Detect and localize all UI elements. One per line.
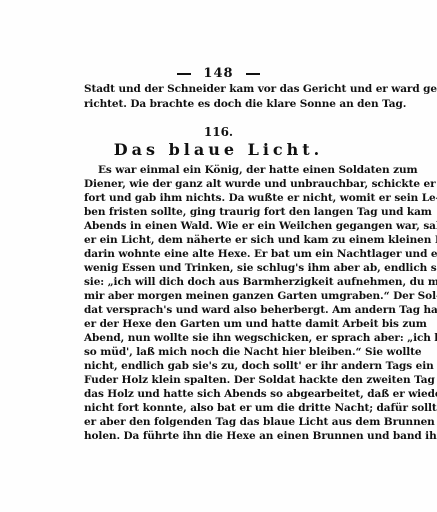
text-line: darin wohnte eine alte Hexe. Er bat um e… <box>84 247 384 262</box>
text-line: mir aber morgen meinen ganzen Garten umg… <box>84 289 384 304</box>
text-line: nicht, endlich gab sie's zu, doch sollt'… <box>84 359 384 374</box>
text-line: sie: „ich will dich doch aus Barmherzigk… <box>84 275 384 290</box>
text-line: Fuder Holz klein spalten. Der Soldat hac… <box>84 373 384 388</box>
text-line: holen. Da führte ihn die Hexe an einen B… <box>84 429 384 444</box>
text-line: nicht fort konnte, also bat er um die dr… <box>84 401 384 416</box>
text-line: wenig Essen und Trinken, sie schlug's ih… <box>84 261 384 276</box>
text-line: dat versprach's und ward also beherbergt… <box>84 303 384 318</box>
text-line: Abend, nun wollte sie ihn wegschicken, e… <box>84 331 384 346</box>
page-number-text: 148 <box>203 66 233 81</box>
text-line: fort und gab ihm nichts. Da wußte er nic… <box>84 191 384 206</box>
dash-left <box>177 73 191 75</box>
page-number: 148 <box>0 66 437 81</box>
story-number: 116. <box>0 125 437 139</box>
text-line: das Holz und hatte sich Abends so abgear… <box>84 387 384 402</box>
carryover-line: Stadt und der Schneider kam vor das Geri… <box>84 82 384 97</box>
text-line: ben fristen sollte, ging traurig fort de… <box>84 205 384 220</box>
dash-right <box>246 73 260 75</box>
text-line: Diener, wie der ganz alt wurde und unbra… <box>84 177 384 192</box>
text-line: so müd', laß mich noch die Nacht hier bl… <box>84 345 384 360</box>
text-line: er aber den folgenden Tag das blaue Lich… <box>84 415 384 430</box>
text-line: Abends in einen Wald. Wie er ein Weilche… <box>84 219 384 234</box>
scanned-page: 148 Stadt und der Schneider kam vor das … <box>0 0 437 512</box>
text-line: er ein Licht, dem näherte er sich und ka… <box>84 233 384 248</box>
carryover-line: richtet. Da brachte es doch die klare So… <box>84 97 384 112</box>
text-line: er der Hexe den Garten um und hatte dami… <box>84 317 384 332</box>
story-title: Das blaue Licht. <box>0 140 437 159</box>
text-line: Es war einmal ein König, der hatte einen… <box>98 163 384 178</box>
